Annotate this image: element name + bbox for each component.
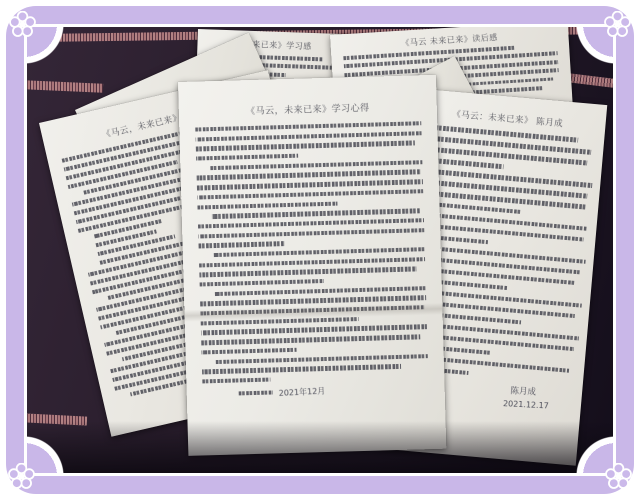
photo-of-handwritten-pages: 《未来已来》学习感 《马云 未来已来》读后感 《马云，未来已来》心得体会 《马云…: [24, 24, 616, 476]
photo-frame: 《未来已来》学习感 《马云 未来已来》读后感 《马云，未来已来》心得体会 《马云…: [6, 6, 634, 494]
flower-icon: [8, 463, 35, 490]
flower-icon: [604, 11, 631, 38]
fabric-stripe-bottom-left: [25, 413, 87, 425]
handwritten-scribble: [239, 391, 273, 396]
paper-title: 《马云，未来已来》学习心得: [195, 99, 421, 118]
framed-photo-card: 《未来已来》学习感 《马云 未来已来》读后感 《马云，未来已来》心得体会 《马云…: [0, 0, 640, 500]
flower-icon: [9, 11, 36, 38]
fabric-stripe-left: [25, 80, 103, 92]
paper-center: 《马云，未来已来》学习心得 2021年12月: [178, 75, 446, 456]
handwriting-block: [195, 121, 428, 383]
flower-icon: [605, 463, 632, 490]
signature-row: 2021年12月: [239, 383, 429, 399]
signature-date: 2021年12月: [278, 385, 325, 399]
